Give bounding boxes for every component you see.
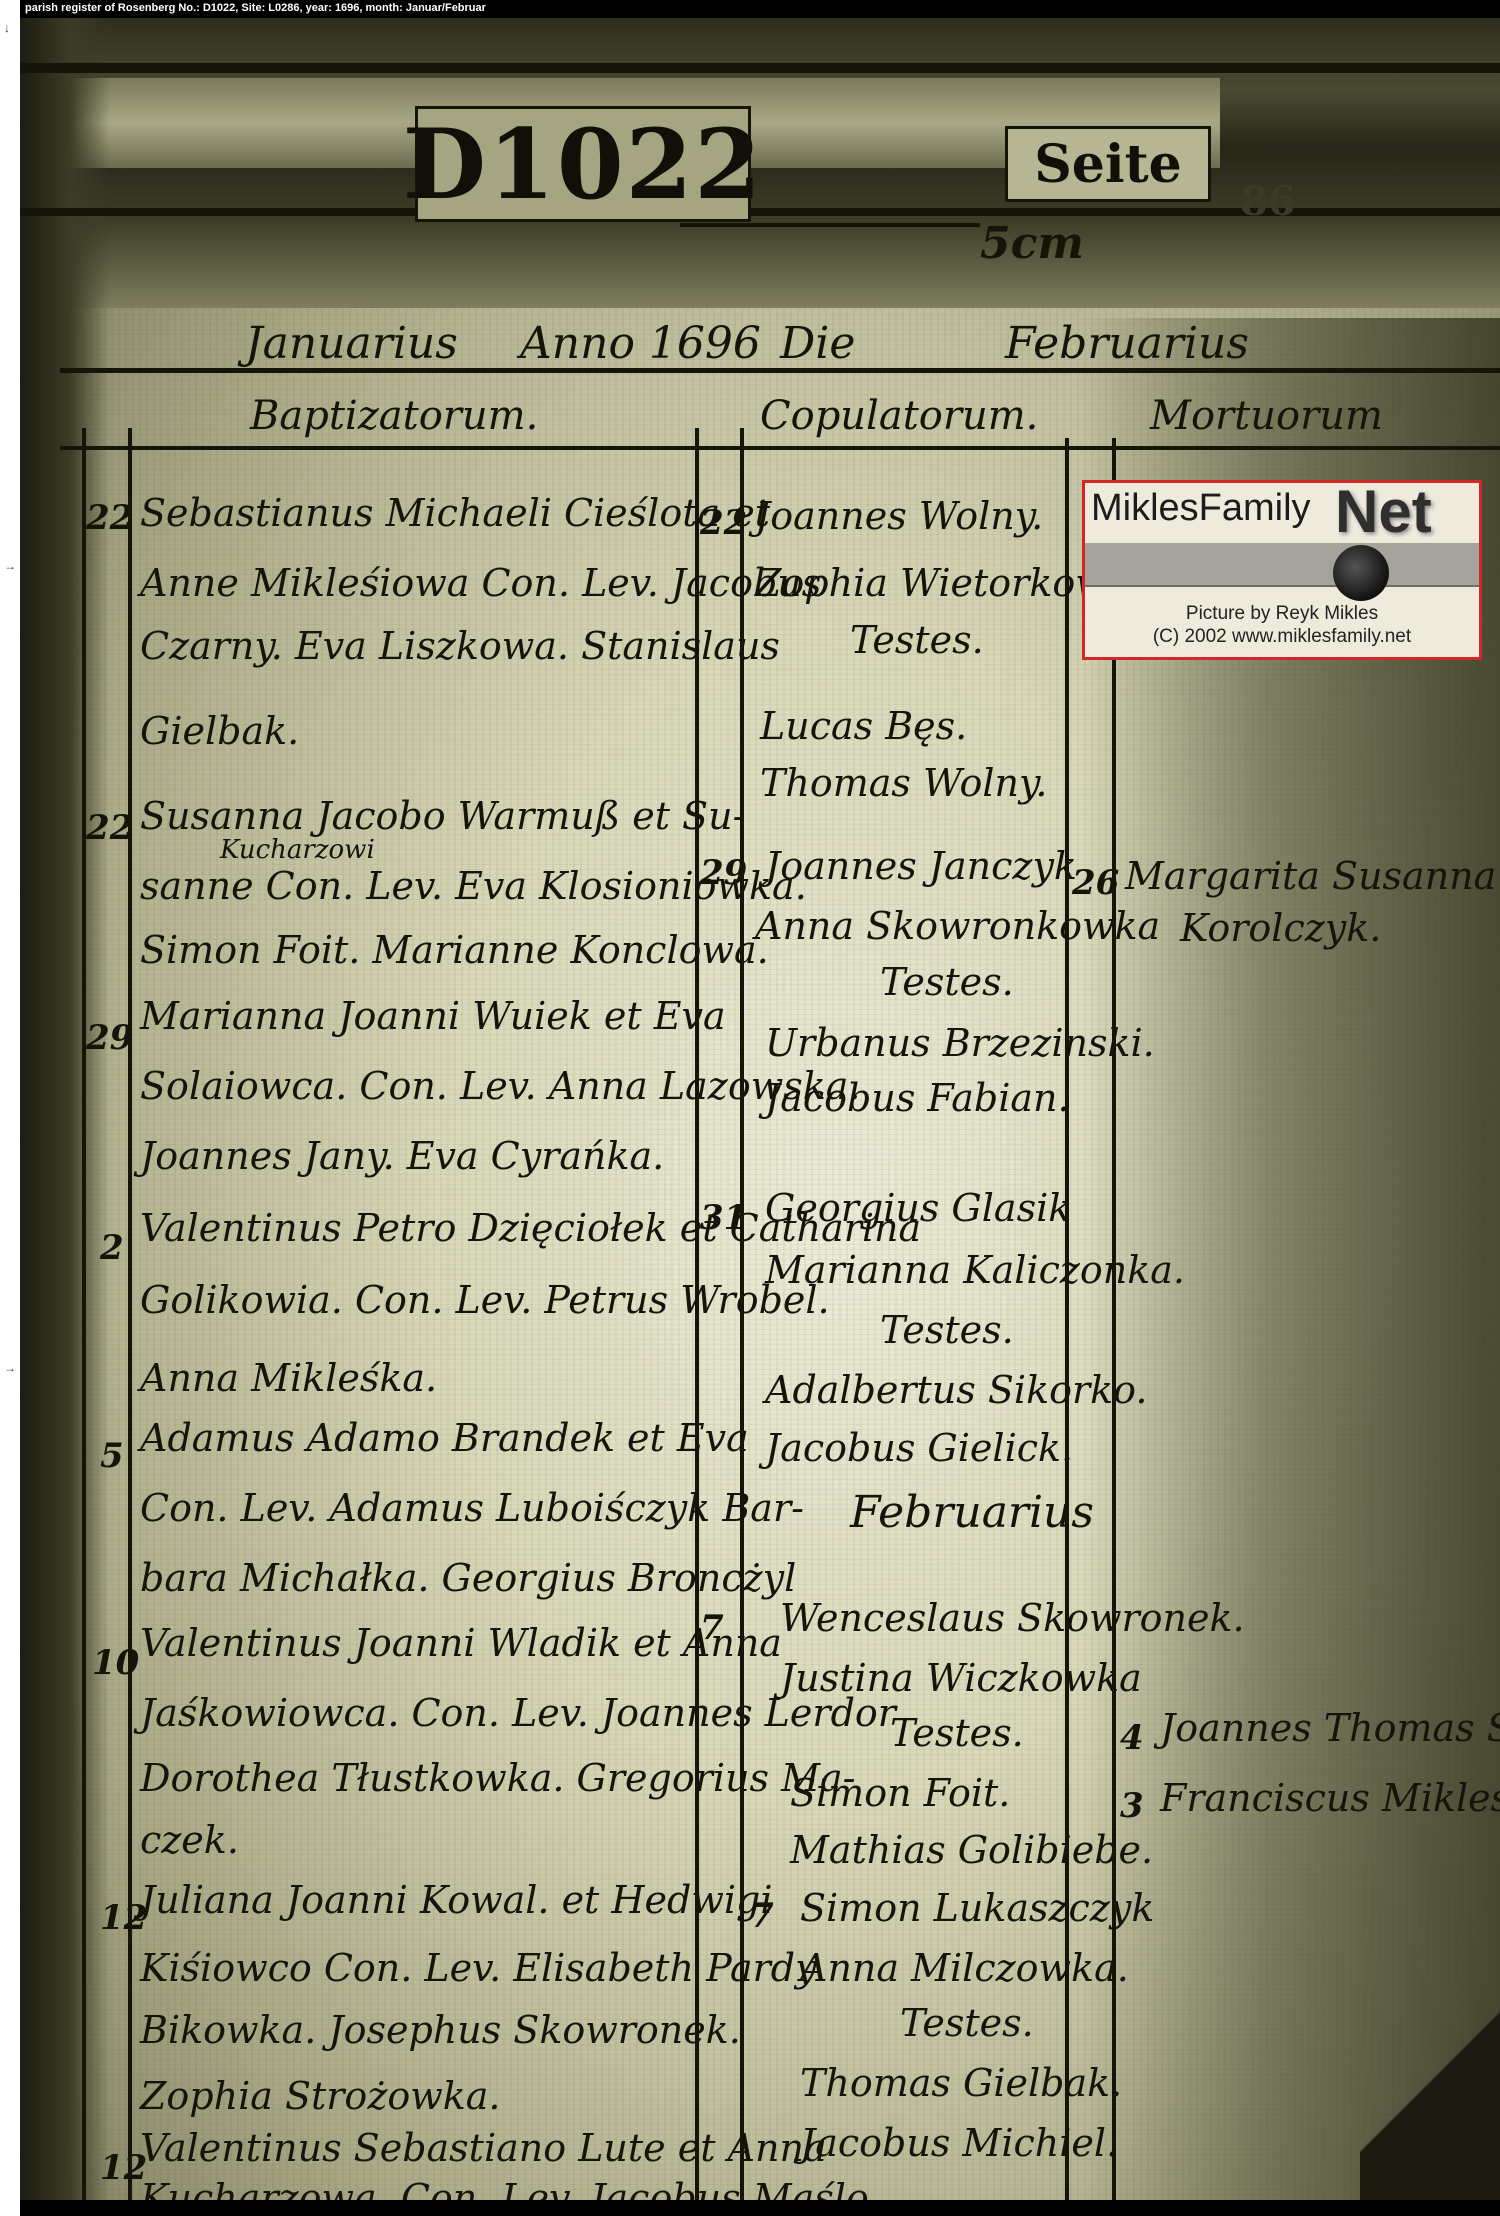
entry-line: Dorothea Tłustkowka. Gregorius Ma-: [140, 1758, 856, 1798]
header-month-january: Januarius: [245, 318, 458, 369]
header-die: Die: [780, 318, 855, 369]
column-rule: [1065, 438, 1069, 2200]
entry-line: Anne Mikleśiowa Con. Lev. Jacobus: [140, 563, 821, 603]
column-rule: [82, 428, 86, 2200]
caption-text: parish register of Rosenberg No.: D1022,…: [25, 2, 486, 14]
entry-day: 4: [1120, 1718, 1144, 1758]
entry-line: Simon Foit.: [790, 1773, 1010, 1813]
entry-line: Testes.: [900, 2003, 1034, 2043]
entry-line: Jacobus Fabian.: [765, 1078, 1070, 1118]
entry-line: Margarita Susanna: [1125, 856, 1496, 896]
entry-line: Jacobus Gielick.: [765, 1428, 1073, 1468]
column-header-baptisms: Baptizatorum.: [250, 393, 538, 439]
entry-line: Joannes Janczyk: [765, 846, 1077, 886]
entry-day: 7: [750, 1896, 774, 1936]
entry-line: Juliana Joanni Kowal. et Hedwigi: [140, 1880, 773, 1920]
entry-line: Thomas Wolny.: [760, 763, 1047, 803]
entry-line: Lucas Bęs.: [760, 706, 967, 746]
entry-day: 22: [86, 498, 133, 538]
page-number: 86: [1240, 178, 1296, 225]
arrow-down-icon: ↓: [4, 22, 10, 34]
entry-line: Thomas Gielbak.: [800, 2063, 1122, 2103]
rule: [60, 446, 1500, 450]
watermark-band: [1085, 543, 1479, 587]
scale-bar: [680, 223, 980, 227]
entry-day: 2: [100, 1228, 124, 1268]
entry-line: Adamus Adamo Brandek et Eva: [140, 1418, 749, 1458]
entry-line: Justina Wiczkowka: [780, 1658, 1142, 1698]
entry-day: 29: [86, 1018, 133, 1058]
entry-day: 22: [700, 503, 747, 543]
entry-day: 22: [86, 808, 133, 848]
entry-line: Wenceslaus Skowronek.: [780, 1598, 1245, 1638]
entry-line: Joannes Thomas Sagin: [1160, 1708, 1500, 1748]
entry-line: Testes.: [850, 620, 984, 660]
entry-line: Kiśiowco Con. Lev. Elisabeth Pardy: [140, 1948, 817, 1988]
rule: [20, 63, 1500, 73]
entry-line: Anna Milczowka.: [800, 1948, 1129, 1988]
scale-label: 5cm: [980, 218, 1084, 269]
watermark-brand-suffix: Net: [1335, 480, 1432, 546]
caption-bar: parish register of Rosenberg No.: D1022,…: [0, 0, 1500, 18]
left-margin: ↓ → →: [0, 0, 20, 2216]
watermark-copyright: (C) 2002 www.miklesfamily.net: [1085, 626, 1479, 648]
entry-line: Valentinus Sebastiano Lute et Anna: [140, 2128, 827, 2168]
entry-day: 29: [700, 853, 747, 893]
entry-line: Simon Lukaszczyk: [800, 1888, 1154, 1928]
page-corner: [1360, 1960, 1500, 2200]
entry-line: Czarny. Eva Liszkowa. Stanislaus: [140, 626, 780, 666]
column-header-deaths: Mortuorum: [1150, 393, 1383, 439]
entry-line: bara Michałka. Georgius Broncżyl: [140, 1558, 796, 1598]
entry-day: 10: [92, 1643, 139, 1683]
entry-line: Sebastianus Michaeli Cieślota et: [140, 493, 770, 533]
entry-line: Adalbertus Sikorko.: [765, 1370, 1147, 1410]
entry-line: Marianna Joanni Wuiek et Eva: [140, 996, 726, 1036]
entry-line: Jacobus Michiel.: [800, 2123, 1118, 2163]
entry-line: Zophia Strożowka.: [140, 2076, 501, 2116]
entry-line: Joannes Jany. Eva Cyrańka.: [140, 1136, 664, 1176]
entry-line: Franciscus Mikleszczyk: [1160, 1778, 1500, 1818]
watermark-credit: Picture by Reyk Mikles: [1085, 603, 1479, 625]
page-shadow-left: [20, 18, 110, 2200]
header-year: Anno 1696: [520, 318, 761, 369]
entry-line: Testes.: [890, 1713, 1024, 1753]
entry-line: Valentinus Joanni Wladik et Anna: [140, 1623, 782, 1663]
entry-day: 26: [1072, 863, 1119, 903]
bottom-strip: [20, 2200, 1500, 2216]
entry-line: Mathias Golibiebe.: [790, 1830, 1153, 1870]
column-header-marriages: Copulatorum.: [760, 393, 1038, 439]
entry-day: 7: [700, 1608, 724, 1648]
entry-line: Urbanus Brzezinski.: [765, 1023, 1155, 1063]
column-rule: [1112, 438, 1116, 2200]
watermark-logo-dot-icon: [1333, 545, 1389, 601]
entry-line: Gielbak.: [140, 711, 299, 751]
entry-day: 5: [100, 1436, 124, 1476]
watermark-brand: MiklesFamily: [1091, 487, 1311, 530]
arrow-right-icon: →: [4, 560, 16, 572]
header-month-february: Februarius: [1005, 318, 1249, 369]
entry-line: Kucharzowa. Con. Lev. Jacobus Maślo.: [140, 2178, 880, 2200]
watermark-box: MiklesFamily Net Picture by Reyk Mikles …: [1082, 480, 1482, 660]
entry-line: Anna Skowronkowka: [755, 906, 1160, 946]
register-number-label: D1022: [415, 106, 751, 222]
entry-line: Korolczyk.: [1180, 908, 1381, 948]
entry-day: 3: [1120, 1786, 1144, 1826]
entry-line: Georgius Glasik: [765, 1188, 1071, 1228]
entry-line: Marianna Kaliczonka.: [765, 1250, 1185, 1290]
arrow-right-icon: →: [4, 1362, 16, 1374]
entry-line: Testes.: [880, 962, 1014, 1002]
entry-line: czek.: [140, 1820, 239, 1860]
month-divider-february: Februarius: [850, 1493, 1094, 1533]
page-label: Seite: [1005, 126, 1211, 202]
entry-line: Con. Lev. Adamus Luboiśczyk Bar-: [140, 1488, 804, 1528]
entry-line: Joannes Wolny.: [755, 496, 1043, 536]
register-scan: D1022 Seite 86 5cm Januarius Anno 1696 D…: [20, 18, 1500, 2200]
entry-line: Solaiowca. Con. Lev. Anna Lazowska.: [140, 1066, 861, 1106]
entry-line: Simon Foit. Marianne Konclowa.: [140, 930, 769, 970]
entry-line: Anna Mikleśka.: [140, 1358, 437, 1398]
entry-line: Testes.: [880, 1310, 1014, 1350]
entry-line: Bikowka. Josephus Skowronek.: [140, 2010, 741, 2050]
entry-day: 31: [700, 1198, 747, 1238]
entry-line: Golikowia. Con. Lev. Petrus Wrobel.: [140, 1280, 830, 1320]
